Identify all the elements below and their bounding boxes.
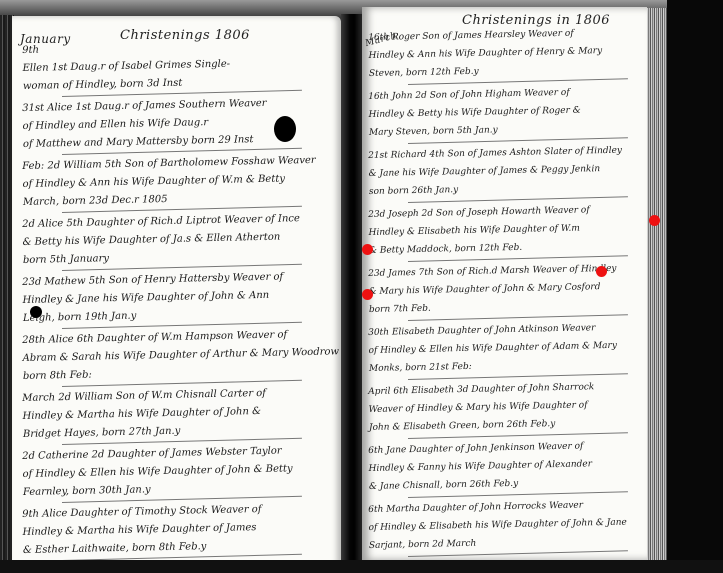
right-page: Christenings in 1806 March 16th Roger So…: [362, 7, 647, 560]
red-marker: [362, 289, 373, 300]
left-page: January Christenings 1806 9thEllen 1st D…: [12, 16, 341, 573]
register-entry: April 6th Elisabeth 3d Daughter of John …: [368, 378, 595, 437]
red-marker: [596, 266, 607, 277]
register-entry: 28th Alice 6th Daughter of W.m Hampson W…: [22, 325, 340, 386]
register-entry: 6th Martha Daughter of John Horrocks Wea…: [368, 496, 627, 555]
register-entry: Feb: 2d William 5th Son of Bartholomew F…: [22, 152, 317, 212]
register-entry: March 2d William Son of W.m Chisnall Car…: [22, 385, 267, 444]
register-entry: 9thEllen 1st Daug.r of Isabel Grimes Sin…: [22, 38, 231, 96]
book-gutter: [341, 14, 363, 573]
register-entry: 9th Alice Daughter of Timothy Stock Weav…: [22, 501, 262, 560]
red-marker: [649, 215, 660, 226]
register-entry: 2d Alice 5th Daughter of Rich.d Liptrot …: [22, 210, 301, 270]
register-entry: 6th Jane Daughter of John Jenkinson Weav…: [368, 437, 593, 496]
scan-background: [667, 0, 723, 573]
ink-blot: [274, 116, 296, 142]
register-entry: 16th John 2d Son of John Higham Weaver o…: [368, 84, 581, 142]
right-page-edges: [647, 8, 667, 566]
register-entry: 2d Catherine 2d Daughter of James Webste…: [22, 442, 293, 502]
register-entry: 23d Joseph 2d Son of Joseph Howarth Weav…: [368, 201, 591, 260]
register-entry: 30th Elisabeth Daughter of John Atkinson…: [368, 319, 617, 378]
register-entry: 31st Alice 1st Daug.r of James Southern …: [22, 95, 267, 154]
ink-blot: [30, 306, 42, 318]
register-entry: 23d James 7th Son of Rich.d Marsh Weaver…: [368, 260, 617, 319]
register-entry: 16th Roger Son of James Hearsley Weaver …: [368, 24, 603, 83]
book-bottom-edge: [0, 560, 723, 573]
register-scan: January Christenings 1806 9thEllen 1st D…: [0, 0, 723, 573]
register-entry: 23d Mathew 5th Son of Henry Hattersby We…: [22, 269, 284, 328]
register-entry: 21st Richard 4th Son of James Ashton Sla…: [368, 142, 623, 201]
red-marker: [362, 244, 373, 255]
